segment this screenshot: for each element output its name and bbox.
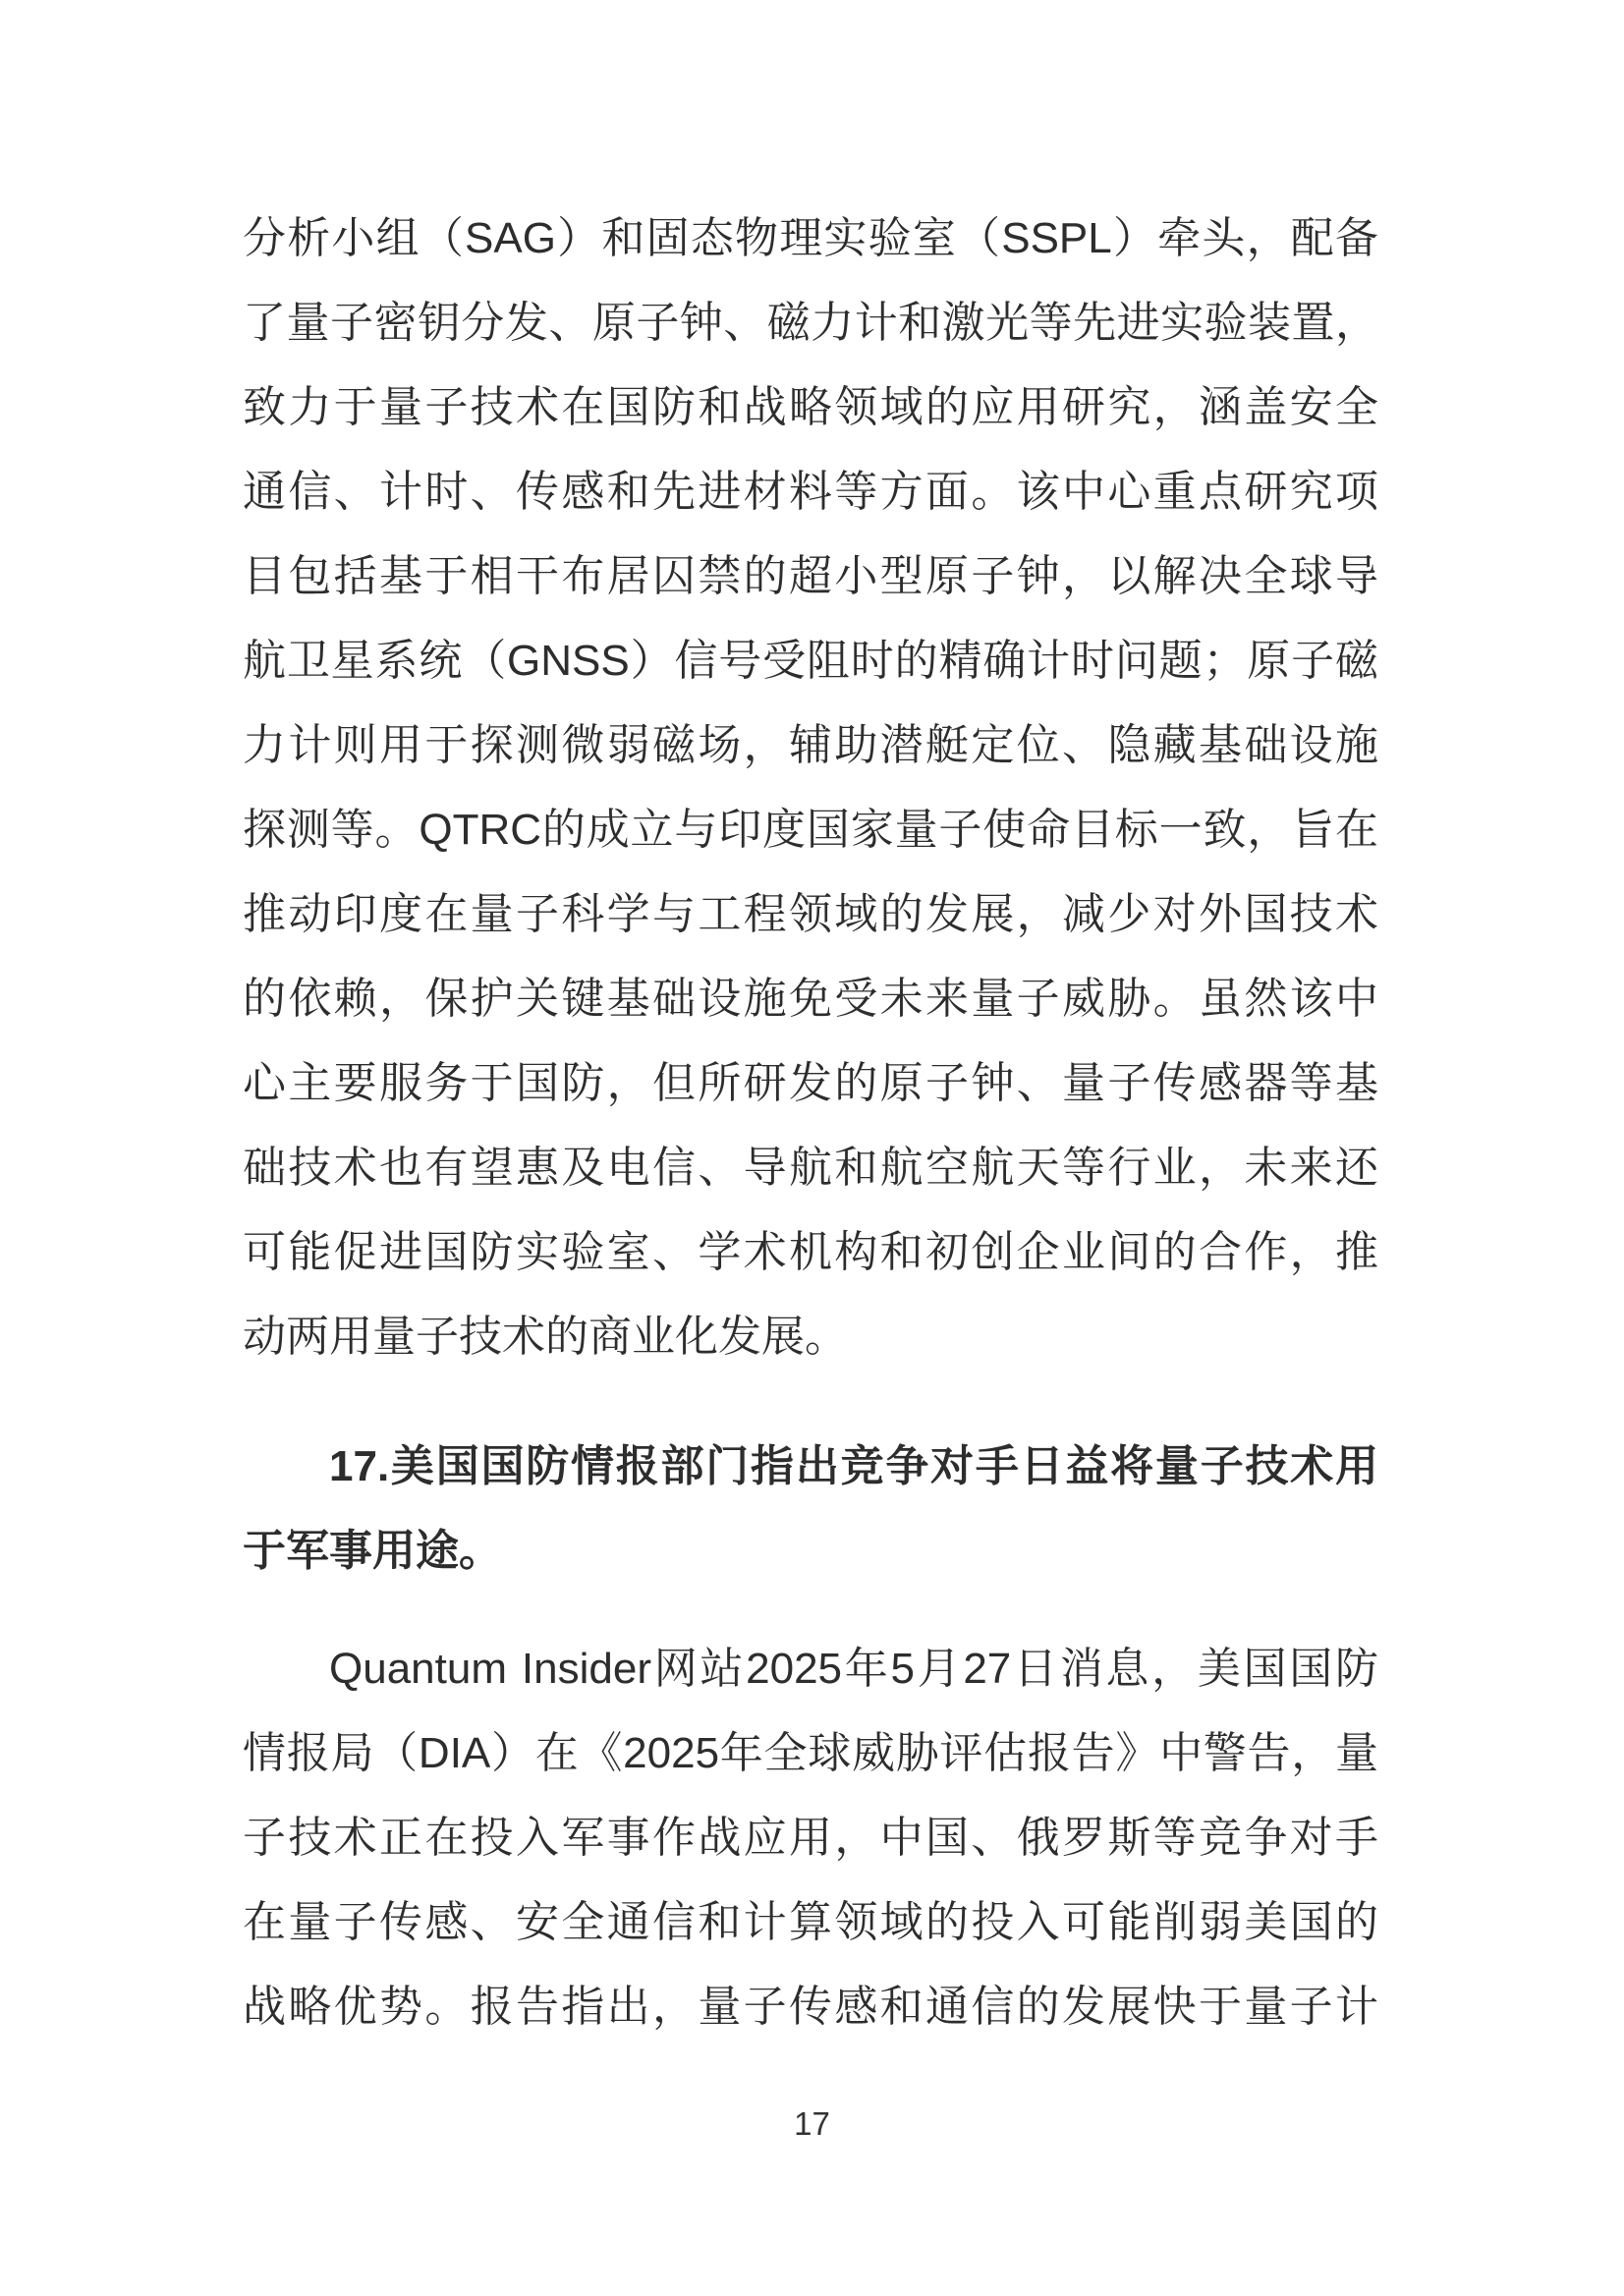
body-text-line: 的依赖，保护关键基础设施免受未来量子威胁。虽然该中 xyxy=(243,957,1378,1041)
body-text-line: 动两用量子技术的商业化发展。 xyxy=(243,1295,1378,1379)
body-text-line: 心主要服务于国防，但所研发的原子钟、量子传感器等基 xyxy=(243,1041,1378,1126)
text-block: 分析小组（SAG）和固态物理实验室（SSPL）牵头，配备 了量子密钥分发、原子钟… xyxy=(243,196,1378,2049)
body-text-line: 情报局（DIA）在《2025年全球威胁评估报告》中警告，量 xyxy=(243,1711,1378,1796)
body-text-line: 通信、计时、传感和先进材料等方面。该中心重点研究项 xyxy=(243,450,1378,534)
body-text-line: 力计则用于探测微弱磁场，辅助潜艇定位、隐藏基础设施 xyxy=(243,703,1378,788)
body-text-line: 子技术正在投入军事作战应用，中国、俄罗斯等竞争对手 xyxy=(243,1796,1378,1880)
heading-text-line: 17.美国国防情报部门指出竞争对手日益将量子技术用 xyxy=(243,1425,1378,1509)
heading-text-line: 于军事用途。 xyxy=(243,1509,1378,1594)
body-text-line: 分析小组（SAG）和固态物理实验室（SSPL）牵头，配备 xyxy=(243,196,1378,281)
page-number: 17 xyxy=(0,2104,1624,2144)
body-text-line: 推动印度在量子科学与工程领域的发展，减少对外国技术 xyxy=(243,872,1378,957)
body-text-line: 础技术也有望惠及电信、导航和航空航天等行业，未来还 xyxy=(243,1126,1378,1210)
section-17-paragraph: Quantum Insider网站2025年5月27日消息，美国国防 情报局（D… xyxy=(243,1627,1378,2049)
section-17-heading: 17.美国国防情报部门指出竞争对手日益将量子技术用 于军事用途。 xyxy=(243,1425,1378,1594)
body-text-line: 可能促进国防实验室、学术机构和初创企业间的合作，推 xyxy=(243,1210,1378,1295)
body-text-line: 战略优势。报告指出，量子传感和通信的发展快于量子计 xyxy=(243,1965,1378,2049)
continuation-paragraph: 分析小组（SAG）和固态物理实验室（SSPL）牵头，配备 了量子密钥分发、原子钟… xyxy=(243,196,1378,1379)
body-text-line: 航卫星系统（GNSS）信号受阻时的精确计时问题；原子磁 xyxy=(243,619,1378,703)
document-page: 分析小组（SAG）和固态物理实验室（SSPL）牵头，配备 了量子密钥分发、原子钟… xyxy=(0,0,1624,2296)
body-text-line: 目包括基于相干布居囚禁的超小型原子钟，以解决全球导 xyxy=(243,534,1378,619)
body-text-line: 了量子密钥分发、原子钟、磁力计和激光等先进实验装置， xyxy=(243,281,1378,365)
body-text-line: 在量子传感、安全通信和计算领域的投入可能削弱美国的 xyxy=(243,1880,1378,1965)
body-text-line: 探测等。QTRC的成立与印度国家量子使命目标一致，旨在 xyxy=(243,788,1378,872)
body-text-line: 致力于量子技术在国防和战略领域的应用研究，涵盖安全 xyxy=(243,365,1378,450)
body-text-line: Quantum Insider网站2025年5月27日消息，美国国防 xyxy=(243,1627,1378,1711)
